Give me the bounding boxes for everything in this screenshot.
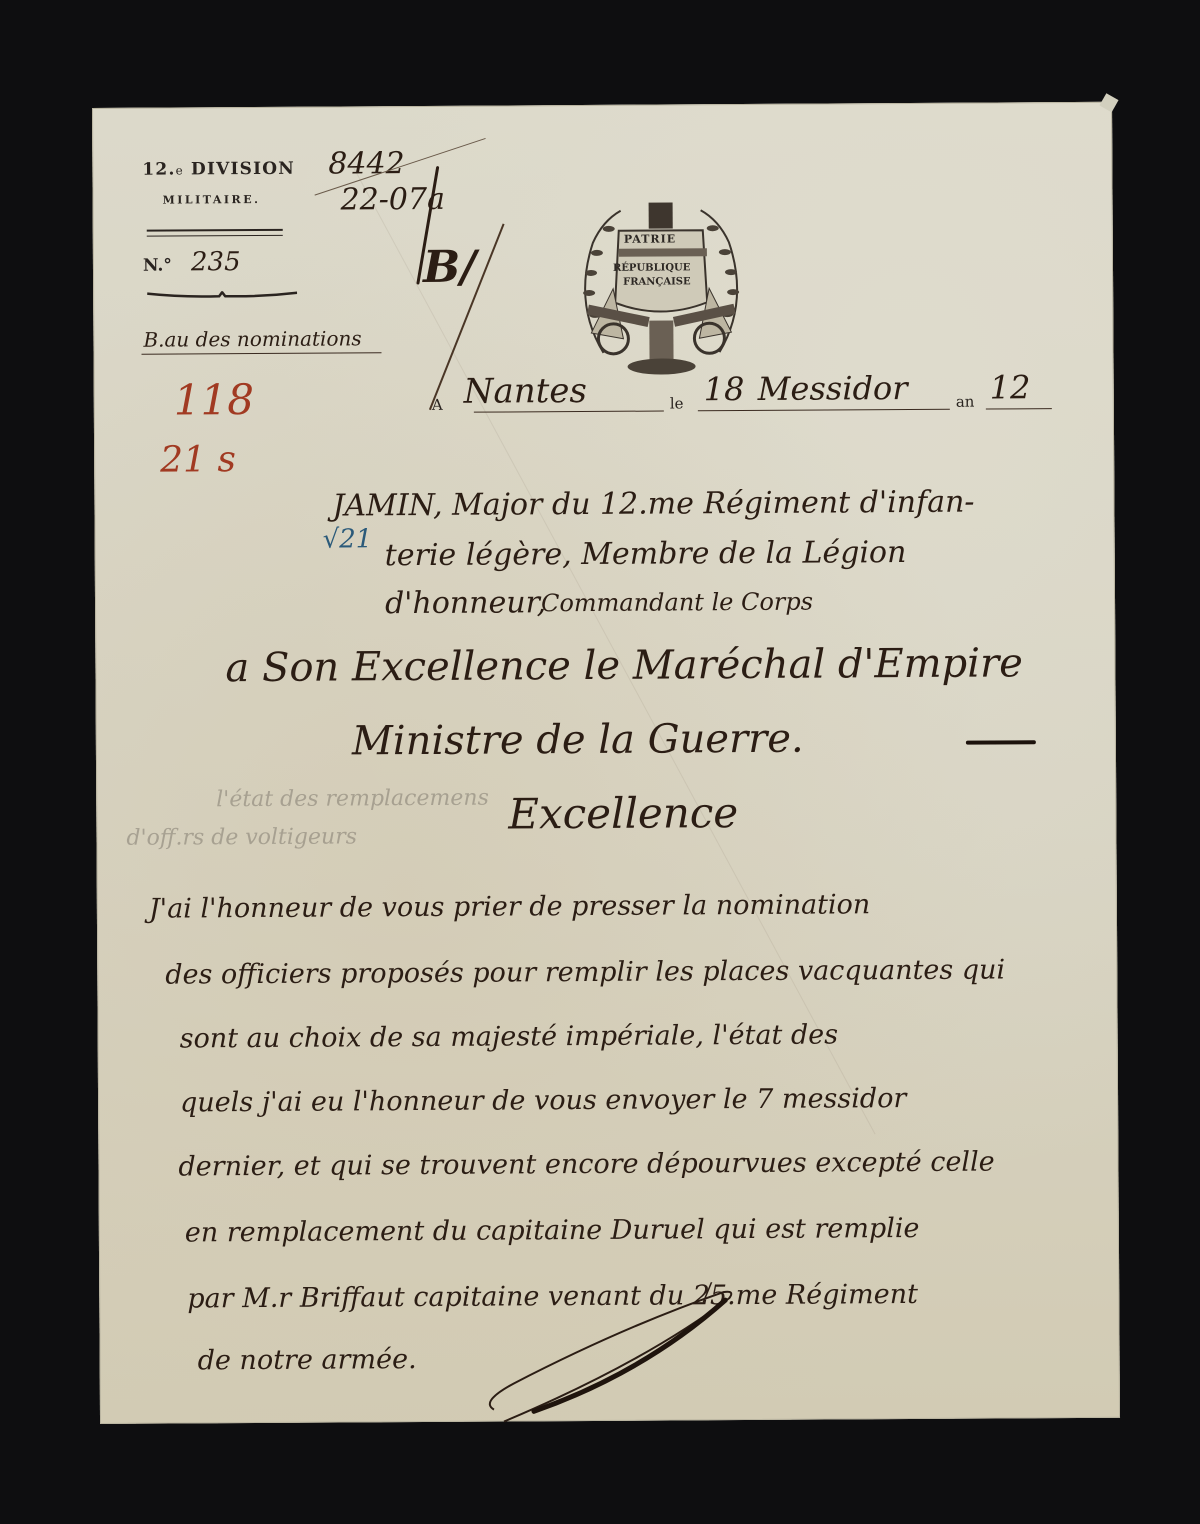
addressee-line-1: a Son Excellence le Maréchal d'Empire bbox=[225, 640, 1023, 691]
bureau-annotation: B.au des nominations bbox=[143, 326, 361, 351]
emblem-text-patrie: PATRIE bbox=[624, 232, 676, 245]
red-annotation-2: 21 s bbox=[160, 439, 236, 480]
bureau-underline bbox=[142, 352, 382, 354]
body-line-5: dernier, et qui se trouvent encore dépou… bbox=[178, 1147, 994, 1183]
place-name: Nantes bbox=[464, 371, 587, 412]
body-line-8: de notre armée. bbox=[198, 1344, 417, 1376]
sender-line-1: JAMIN, Major du 12.me Régiment d'infan- bbox=[332, 485, 974, 524]
body-line-1: J'ai l'honneur de vous prier de presser … bbox=[149, 889, 871, 924]
date-line-an: an bbox=[956, 393, 975, 411]
brace-ornament bbox=[147, 291, 297, 300]
date-month: Messidor bbox=[758, 369, 908, 408]
blue-check-mark: √21 bbox=[323, 524, 373, 554]
year-underline bbox=[986, 408, 1052, 409]
red-annotation-1: 118 bbox=[174, 375, 254, 424]
date-line-le: le bbox=[670, 394, 684, 412]
letterhead-division: 12.e DIVISION bbox=[142, 159, 295, 180]
sender-line-3: d'honneur, bbox=[385, 585, 546, 621]
date-year: 12 bbox=[990, 368, 1031, 406]
initial-mark: B/ bbox=[423, 242, 477, 293]
body-line-4: quels j'ai eu l'honneur de vous envoyer … bbox=[180, 1083, 906, 1118]
body-line-6: en remplacement du capitaine Duruel qui … bbox=[185, 1213, 920, 1248]
body-line-2: des officiers proposés pour remplir les … bbox=[165, 954, 1005, 990]
pencil-note-line-1: l'état des remplacemens bbox=[216, 786, 489, 813]
division-word: DIVISION bbox=[191, 159, 295, 180]
division-number: 12. bbox=[142, 159, 175, 179]
emblem-text-francaise: FRANÇAISE bbox=[623, 276, 691, 287]
division-ordinal: e bbox=[176, 163, 184, 177]
signature-paraph-icon bbox=[473, 1282, 764, 1424]
date-underline bbox=[698, 409, 950, 412]
salutation: Excellence bbox=[508, 788, 738, 838]
sender-line-2: terie légère, Membre de la Légion bbox=[385, 535, 907, 573]
letterhead-rule bbox=[147, 229, 283, 237]
paper-corner bbox=[1099, 93, 1118, 112]
emblem-text-republique: RÉPUBLIQUE bbox=[613, 262, 690, 273]
letter-sheet: 12.e DIVISION MILITAIRE. N.° 235 B.au de… bbox=[92, 102, 1120, 1424]
pencil-note-line-2: d'off.rs de voltigeurs bbox=[126, 824, 357, 850]
date-line-a: A bbox=[432, 396, 443, 414]
sender-command: Commandant le Corps bbox=[541, 588, 813, 618]
addressee-dash bbox=[966, 740, 1036, 744]
body-line-3: sont au choix de sa majesté impériale, l… bbox=[180, 1019, 839, 1054]
number-value: 235 bbox=[191, 247, 241, 277]
letterhead-militaire: MILITAIRE. bbox=[163, 193, 261, 207]
addressee-line-2: Ministre de la Guerre. bbox=[352, 716, 804, 765]
place-underline bbox=[474, 411, 664, 413]
date-day: 18 bbox=[704, 370, 745, 408]
number-label: N.° bbox=[143, 256, 172, 276]
